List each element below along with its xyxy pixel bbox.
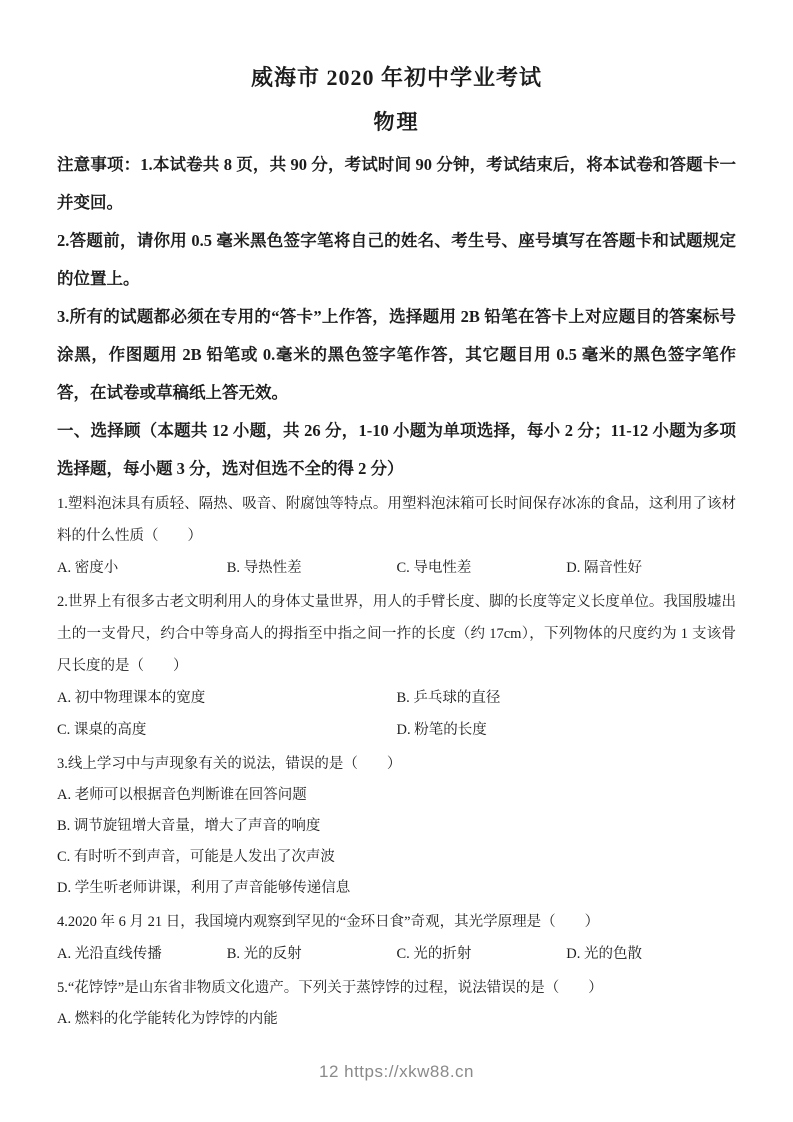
page-footer-watermark: 12 https://xkw88.cn bbox=[0, 1062, 793, 1082]
question-2-stem: 2.世界上有很多古老文明利用人的身体丈量世界，用人的手臂长度、脚的长度等定义长度… bbox=[57, 586, 736, 682]
notice-paragraph-2: 2.答题前，请你用 0.5 毫米黑色签字笔将自己的姓名、考生号、座号填写在答题卡… bbox=[57, 222, 736, 298]
question-4-options: A. 光沿直线传播 B. 光的反射 C. 光的折射 D. 光的色散 bbox=[57, 938, 736, 970]
question-5-stem: 5.“花饽饽”是山东省非物质文化遗产。下列关于蒸饽饽的过程，说法错误的是（ ） bbox=[57, 972, 736, 1004]
question-4-option-a: A. 光沿直线传播 bbox=[57, 938, 227, 970]
question-1-option-a: A. 密度小 bbox=[57, 552, 227, 584]
section-header-choice: 一、选择顾（本题共 12 小题，共 26 分，1-10 小题为单项选择，每小 2… bbox=[57, 412, 736, 488]
question-1-stem: 1.塑料泡沫具有质轻、隔热、吸音、附腐蚀等特点。用塑料泡沫箱可长时间保存冰冻的食… bbox=[57, 488, 736, 552]
question-2-option-a: A. 初中物理课本的宽度 bbox=[57, 682, 397, 714]
question-4-option-b: B. 光的反射 bbox=[227, 938, 397, 970]
question-3-stem: 3.线上学习中与声现象有关的说法，错误的是（ ） bbox=[57, 748, 736, 780]
question-4: 4.2020 年 6 月 21 日，我国境内观察到罕见的“金环日食”奇观，其光学… bbox=[57, 906, 736, 970]
question-4-stem: 4.2020 年 6 月 21 日，我国境内观察到罕见的“金环日食”奇观，其光学… bbox=[57, 906, 736, 938]
question-2-option-d: D. 粉笔的长度 bbox=[397, 714, 737, 746]
question-3-option-a: A. 老师可以根据音色判断谁在回答问题 bbox=[57, 780, 736, 811]
question-5: 5.“花饽饽”是山东省非物质文化遗产。下列关于蒸饽饽的过程，说法错误的是（ ） … bbox=[57, 972, 736, 1035]
question-2: 2.世界上有很多古老文明利用人的身体丈量世界，用人的手臂长度、脚的长度等定义长度… bbox=[57, 586, 736, 746]
question-1-option-d: D. 隔音性好 bbox=[566, 552, 736, 584]
notice-paragraph-1: 注意事项：1.本试卷共 8 页，共 90 分，考试时间 90 分钟，考试结束后，… bbox=[57, 146, 736, 222]
question-3-option-c: C. 有时听不到声音，可能是人发出了次声波 bbox=[57, 842, 736, 873]
question-2-option-b: B. 乒乓球的直径 bbox=[397, 682, 737, 714]
question-3: 3.线上学习中与声现象有关的说法，错误的是（ ） A. 老师可以根据音色判断谁在… bbox=[57, 748, 736, 904]
questions-list: 1.塑料泡沫具有质轻、隔热、吸音、附腐蚀等特点。用塑料泡沫箱可长时间保存冰冻的食… bbox=[57, 488, 736, 1035]
question-1: 1.塑料泡沫具有质轻、隔热、吸音、附腐蚀等特点。用塑料泡沫箱可长时间保存冰冻的食… bbox=[57, 488, 736, 584]
question-5-option-a: A. 燃料的化学能转化为饽饽的内能 bbox=[57, 1004, 736, 1035]
question-1-option-c: C. 导电性差 bbox=[397, 552, 567, 584]
question-3-option-b: B. 调节旋钮增大音量，增大了声音的响度 bbox=[57, 811, 736, 842]
page-title: 威海市 2020 年初中学业考试 bbox=[57, 62, 736, 94]
question-1-options: A. 密度小 B. 导热性差 C. 导电性差 D. 隔音性好 bbox=[57, 552, 736, 584]
question-2-options: A. 初中物理课本的宽度 B. 乒乓球的直径 C. 课桌的高度 D. 粉笔的长度 bbox=[57, 682, 736, 746]
question-4-option-d: D. 光的色散 bbox=[566, 938, 736, 970]
notice-paragraph-3: 3.所有的试题都必须在专用的“答卡”上作答，选择题用 2B 铅笔在答卡上对应题目… bbox=[57, 298, 736, 412]
question-3-options: A. 老师可以根据音色判断谁在回答问题 B. 调节旋钮增大音量，增大了声音的响度… bbox=[57, 780, 736, 904]
question-3-option-d: D. 学生听老师讲课，利用了声音能够传递信息 bbox=[57, 873, 736, 904]
question-2-option-c: C. 课桌的高度 bbox=[57, 714, 397, 746]
question-1-option-b: B. 导热性差 bbox=[227, 552, 397, 584]
exam-paper-page: 威海市 2020 年初中学业考试 物理 注意事项：1.本试卷共 8 页，共 90… bbox=[0, 0, 793, 1122]
notice-section: 注意事项：1.本试卷共 8 页，共 90 分，考试时间 90 分钟，考试结束后，… bbox=[57, 146, 736, 412]
question-4-option-c: C. 光的折射 bbox=[397, 938, 567, 970]
subject-title: 物理 bbox=[57, 106, 736, 138]
question-5-options: A. 燃料的化学能转化为饽饽的内能 bbox=[57, 1004, 736, 1035]
